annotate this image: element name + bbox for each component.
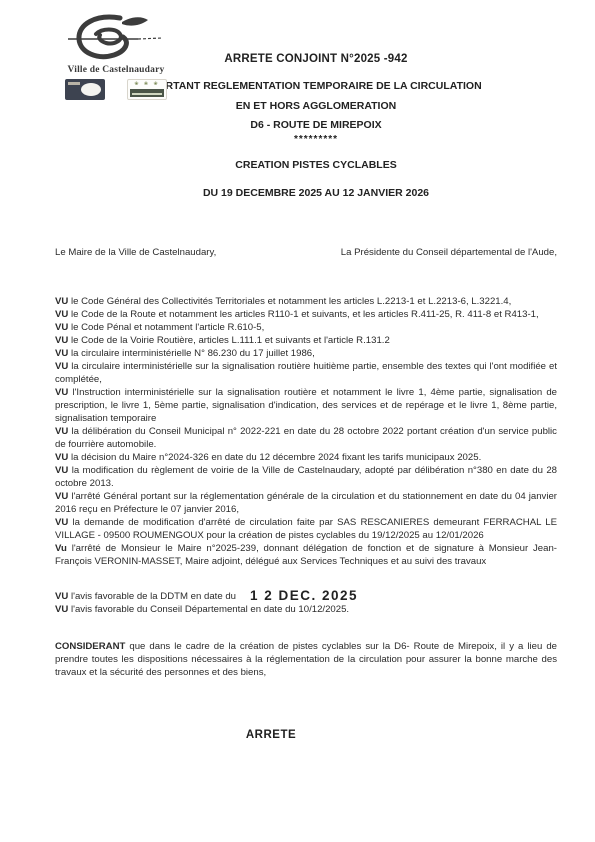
villes-fleuries-badge-icon: ❀ ❀ ❀ [127,79,167,100]
recitals-block: VU le Code Général des Collectivités Ter… [55,295,557,568]
ddtm-opinion-line: VU l'avis favorable de la DDTM en date d… [55,589,557,603]
castelnaudary-swirl-logo-icon [66,12,166,64]
opinions-block: VU l'avis favorable de la DDTM en date d… [55,589,557,616]
recital-paragraph: VU la délibération du Conseil Municipal … [55,425,557,451]
city-logo-block: Ville de Castelnaudary ❀ ❀ ❀ [60,12,172,100]
mayor-salutation: Le Maire de la Ville de Castelnaudary, [55,246,216,259]
recital-paragraph: VU le Code de la Voirie Routière, articl… [55,334,557,347]
date-stamp: 1 2 DEC. 2025 [250,589,358,602]
logo-caption: Ville de Castelnaudary [60,65,172,75]
recital-paragraph: VU la demande de modification d'arrêté d… [55,516,557,542]
recital-paragraph: VU la circulaire interministérielle sur … [55,360,557,386]
title-object-line: CREATION PISTES CYCLABLES [96,159,536,171]
recital-paragraph: VU le Code de la Route et notamment les … [55,308,557,321]
recital-paragraph: VU la modification du règlement de voiri… [55,464,557,490]
authorities-row: Le Maire de la Ville de Castelnaudary, L… [55,246,557,259]
title-scope-line: EN ET HORS AGGLOMERATION [96,100,536,112]
recital-paragraph: VU l'arrêté Général portant sur la régle… [55,490,557,516]
title-dates-line: DU 19 DECEMBRE 2025 AU 12 JANVIER 2026 [96,187,536,199]
recital-paragraph: VU la décision du Maire n°2024-326 en da… [55,451,557,464]
arrete-heading: ARRETE [55,729,487,742]
president-salutation: La Présidente du Conseil départemental d… [341,246,557,259]
title-separator-stars: ********* [96,134,536,145]
recital-paragraph: VU l'Instruction interministérielle sur … [55,386,557,425]
recital-paragraph: Vu l'arrêté de Monsieur le Maire n°2025-… [55,542,557,568]
considerant-paragraph: CONSIDERANT que dans le cadre de la créa… [55,640,557,679]
council-opinion-line: VU l'avis favorable du Conseil Départeme… [55,603,557,616]
pays-cathare-badge-icon [65,79,105,100]
recital-paragraph: VU le Code Général des Collectivités Ter… [55,295,557,308]
recital-paragraph: VU la circulaire interministérielle N° 8… [55,347,557,360]
document-page: Ville de Castelnaudary ❀ ❀ ❀ ARRETE CONJ… [0,0,595,842]
recital-paragraph: VU le Code Pénal et notamment l'article … [55,321,557,334]
document-body: Le Maire de la Ville de Castelnaudary, L… [0,246,595,742]
title-road-line: D6 - ROUTE DE MIREPOIX [96,119,536,131]
label-badges: ❀ ❀ ❀ [60,79,172,100]
